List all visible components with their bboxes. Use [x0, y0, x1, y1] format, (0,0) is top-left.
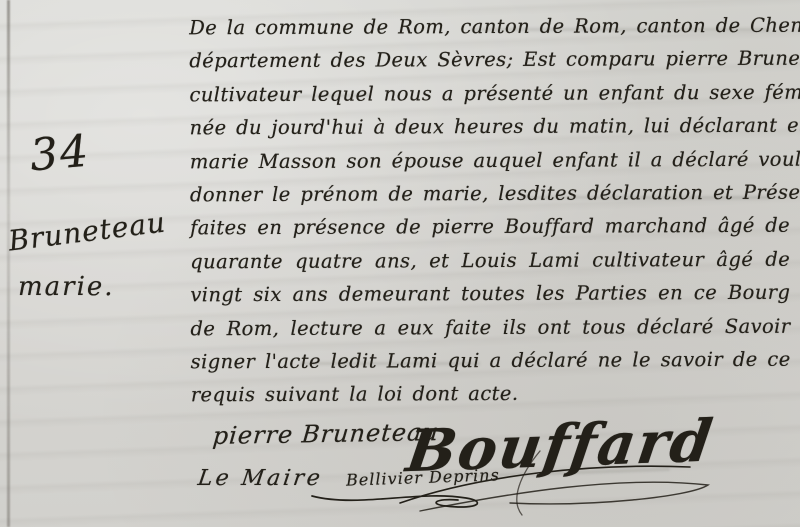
manuscript-line: signer l'acte ledit Lami qui a déclaré n…	[191, 343, 791, 379]
manuscript-line: cultivateur lequel nous a présenté un en…	[189, 75, 789, 111]
margin-surname: Bruneteau	[7, 203, 185, 257]
manuscript-line: De la commune de Rom, canton de Rom, can…	[189, 9, 789, 45]
margin-given-name: marie.	[18, 272, 115, 302]
manuscript-line: donner le prénom de marie, lesdites décl…	[190, 176, 790, 212]
manuscript-body: De la commune de Rom, canton de Rom, can…	[189, 9, 791, 412]
margin-annotations: 34 Bruneteau marie.	[0, 0, 185, 527]
manuscript-line: vingt six ans demeurant toutes les Parti…	[190, 276, 790, 312]
manuscript-line: département des Deux Sèvres; Est comparu…	[189, 42, 789, 78]
signature-declarant: pierre Bruneteau	[212, 418, 441, 450]
manuscript-line: quarante quatre ans, et Louis Lami culti…	[190, 242, 790, 278]
margin-act-number: 34	[28, 125, 92, 181]
manuscript-line: marie Masson son épouse auquel enfant il…	[190, 142, 790, 178]
mayor-signature-flourish-icon	[308, 488, 508, 514]
manuscript-line: faites en présence de pierre Bouffard ma…	[190, 209, 790, 245]
manuscript-document-page: 34 Bruneteau marie. De la commune de Rom…	[0, 0, 800, 527]
manuscript-line: née du jourd'hui à deux heures du matin,…	[190, 109, 790, 145]
manuscript-line: de Rom, lecture a eux faite ils ont tous…	[190, 309, 790, 345]
signature-mayor-title: Le Maire	[196, 466, 324, 491]
signature-witness: Bouffard	[402, 407, 718, 486]
